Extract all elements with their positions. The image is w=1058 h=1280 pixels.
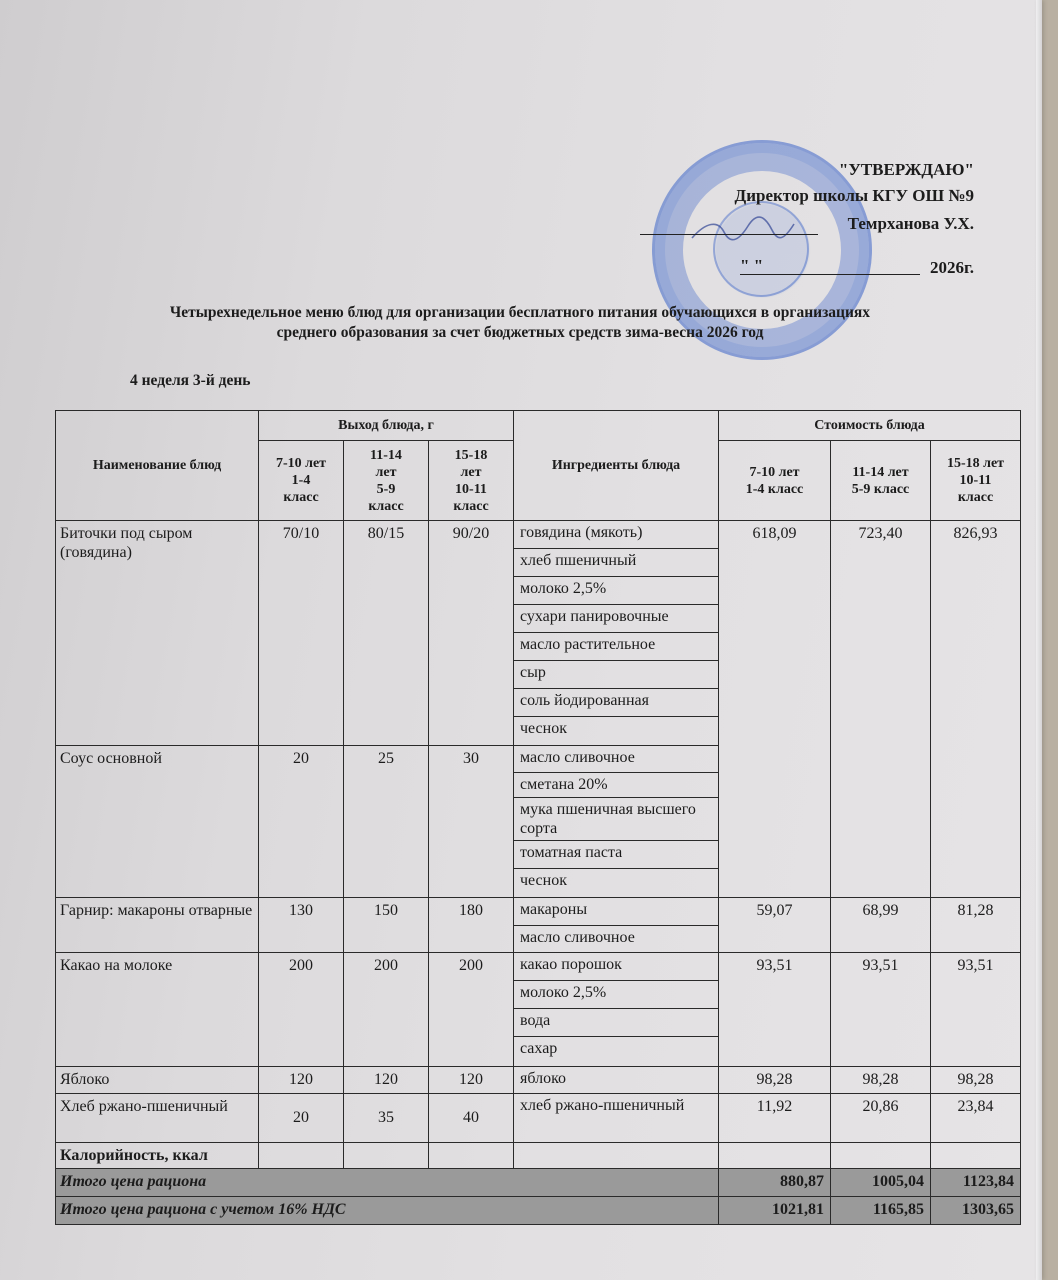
date-quotes: " " xyxy=(740,256,763,276)
calories-label: Калорийность, ккал xyxy=(55,1142,259,1169)
dish-name: Биточки под сыром (говядина) xyxy=(55,520,259,746)
ingredient: молоко 2,5% xyxy=(513,980,719,1009)
ingredient: какао порошок xyxy=(513,952,719,981)
total-value: 1303,65 xyxy=(930,1196,1021,1225)
header-label: 15-18лет10-11класс xyxy=(453,447,488,515)
dish-cost: 20,86 xyxy=(830,1093,931,1143)
dish-yield: 180 xyxy=(428,897,514,953)
dish-cost: 68,99 xyxy=(830,897,931,953)
dish-yield: 20 xyxy=(258,1093,344,1143)
header-label: Наименование блюд xyxy=(93,457,221,474)
dish-cost: 93,51 xyxy=(830,952,931,1067)
dish-cost: 98,28 xyxy=(830,1066,931,1094)
header-label: 11-14 лет5-9 класс xyxy=(852,464,910,498)
total-label: Итого цена рациона xyxy=(55,1168,719,1197)
dish-yield: 200 xyxy=(428,952,514,1067)
ingredient: масло растительное xyxy=(513,632,719,661)
ingredient: мука пшеничная высшего сорта xyxy=(513,797,719,841)
ingredient: макароны xyxy=(513,897,719,926)
ingredient: масло сливочное xyxy=(513,925,719,953)
ingredient: хлеб ржано-пшеничный xyxy=(513,1093,719,1143)
dish-cost: 93,51 xyxy=(718,952,831,1067)
signature-line xyxy=(640,234,818,235)
dish-yield: 120 xyxy=(343,1066,429,1094)
ingredient: молоко 2,5% xyxy=(513,576,719,605)
header-label: 15-18 лет10-11класс xyxy=(947,455,1004,506)
dish-cost: 11,92 xyxy=(718,1093,831,1143)
total-label: Итого цена рациона с учетом 16% НДС xyxy=(55,1196,719,1225)
header-yield-group: Выход блюда, г xyxy=(258,410,514,441)
document-title-line1: Четырехнедельное меню блюд для организац… xyxy=(60,304,980,322)
approver-name: Темрханова У.Х. xyxy=(848,214,974,234)
calories-value xyxy=(513,1142,719,1169)
dish-cost: 98,28 xyxy=(718,1066,831,1094)
calories-value xyxy=(343,1142,429,1169)
calories-value xyxy=(830,1142,931,1169)
dish-cost: 59,07 xyxy=(718,897,831,953)
dish-yield: 35 xyxy=(343,1093,429,1143)
dish-yield: 130 xyxy=(258,897,344,953)
ingredient: хлеб пшеничный xyxy=(513,548,719,577)
dish-name: Соус основной xyxy=(55,745,259,898)
paper-edge xyxy=(1036,0,1042,1280)
document-title-line2: среднего образования за счет бюджетных с… xyxy=(60,324,980,342)
total-value: 880,87 xyxy=(718,1168,831,1197)
total-value: 1005,04 xyxy=(830,1168,931,1197)
calories-value xyxy=(428,1142,514,1169)
dish-yield: 90/20 xyxy=(428,520,514,746)
dish-cost: 23,84 xyxy=(930,1093,1021,1143)
dish-yield: 150 xyxy=(343,897,429,953)
header-yield-col: 11-14лет5-9класс xyxy=(343,440,429,521)
dish-cost: 98,28 xyxy=(930,1066,1021,1094)
header-label: Стоимость блюда xyxy=(814,417,925,434)
dish-name: Какао на молоке xyxy=(55,952,259,1067)
header-ingredients: Ингредиенты блюда xyxy=(513,410,719,521)
dish-yield: 200 xyxy=(343,952,429,1067)
dish-cost: 618,09 xyxy=(718,520,831,898)
header-label: Выход блюда, г xyxy=(338,417,434,434)
dish-name: Яблоко xyxy=(55,1066,259,1094)
header-yield-col: 15-18лет10-11класс xyxy=(428,440,514,521)
dish-yield: 40 xyxy=(428,1093,514,1143)
header-label: Ингредиенты блюда xyxy=(552,457,680,474)
week-day-label: 4 неделя 3-й день xyxy=(130,372,250,390)
ingredient: сметана 20% xyxy=(513,772,719,798)
calories-value xyxy=(718,1142,831,1169)
approval-heading: "УТВЕРЖДАЮ" xyxy=(839,160,974,180)
date-line xyxy=(740,274,920,275)
approval-year: 2026г. xyxy=(930,258,974,278)
header-label: 7-10 лет1-4 класс xyxy=(746,464,804,498)
dish-name: Гарнир: макароны отварные xyxy=(55,897,259,953)
ingredient: сухари панировочные xyxy=(513,604,719,633)
dish-cost: 81,28 xyxy=(930,897,1021,953)
header-yield-col: 7-10 лет1-4класс xyxy=(258,440,344,521)
approver-position: Директор школы КГУ ОШ №9 xyxy=(735,186,974,206)
dish-yield: 30 xyxy=(428,745,514,898)
ingredient: масло сливочное xyxy=(513,745,719,773)
ingredient: чеснок xyxy=(513,868,719,898)
dish-name: Хлеб ржано-пшеничный xyxy=(55,1093,259,1143)
calories-value xyxy=(258,1142,344,1169)
dish-yield: 20 xyxy=(258,745,344,898)
header-label: 11-14лет5-9класс xyxy=(368,447,403,515)
total-value: 1123,84 xyxy=(930,1168,1021,1197)
ingredient: вода xyxy=(513,1008,719,1037)
dish-yield: 120 xyxy=(258,1066,344,1094)
ingredient: сахар xyxy=(513,1036,719,1067)
ingredient: говядина (мякоть) xyxy=(513,520,719,549)
dish-yield: 25 xyxy=(343,745,429,898)
ingredient: яблоко xyxy=(513,1066,719,1094)
calories-value xyxy=(930,1142,1021,1169)
signature-icon xyxy=(688,212,798,246)
header-cost-col: 7-10 лет1-4 класс xyxy=(718,440,831,521)
dish-yield: 120 xyxy=(428,1066,514,1094)
dish-cost: 826,93 xyxy=(930,520,1021,898)
dish-cost: 723,40 xyxy=(830,520,931,898)
ingredient: соль йодированная xyxy=(513,688,719,717)
ingredient: чеснок xyxy=(513,716,719,746)
header-cost-group: Стоимость блюда xyxy=(718,410,1021,441)
header-cost-col: 11-14 лет5-9 класс xyxy=(830,440,931,521)
header-cost-col: 15-18 лет10-11класс xyxy=(930,440,1021,521)
dish-yield: 80/15 xyxy=(343,520,429,746)
dish-cost: 93,51 xyxy=(930,952,1021,1067)
header-label: 7-10 лет1-4класс xyxy=(276,455,326,506)
total-value: 1021,81 xyxy=(718,1196,831,1225)
dish-yield: 70/10 xyxy=(258,520,344,746)
total-value: 1165,85 xyxy=(830,1196,931,1225)
dish-yield: 200 xyxy=(258,952,344,1067)
ingredient: сыр xyxy=(513,660,719,689)
header-dish-name: Наименование блюд xyxy=(55,410,259,521)
ingredient: томатная паста xyxy=(513,840,719,869)
